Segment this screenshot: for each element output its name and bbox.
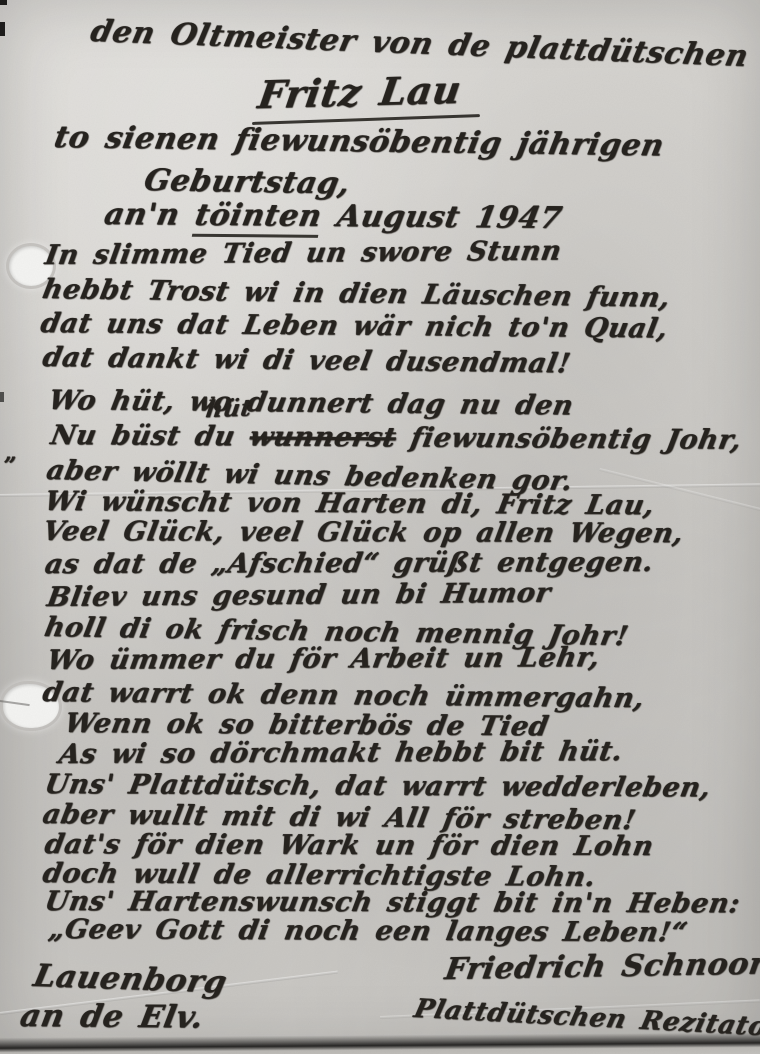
- occasion-line-1: to sienen fiewunsöbentig jährigen: [51, 120, 667, 163]
- edge-mark: [0, 22, 5, 36]
- date-line: an'n töinten August 1947: [102, 197, 565, 236]
- scanned-letter-page: den Oltmeister von de plattdütschen dich…: [0, 0, 760, 1054]
- date-day-word: töinten: [191, 198, 324, 238]
- recipient-name: Fritz Lau: [255, 67, 464, 117]
- poem-line: hebbt Trost wi in dien Läuschen funn,: [40, 274, 673, 314]
- poem-line: Wo hüt, wo dunnert dag nu den: [46, 385, 576, 421]
- struck-word: wunnerst: [247, 421, 399, 453]
- poem-line: as dat de „Afschied“ grüßt entgegen.: [43, 547, 656, 580]
- edge-mark: [0, 0, 7, 5]
- poem-line: In slimme Tied un swore Stunn: [43, 235, 564, 271]
- poem-line: dat uns dat Leben wär nich to'n Qual,: [38, 308, 670, 344]
- poem-line: As wi so dörchmakt hebbt bit hüt.: [57, 736, 626, 770]
- margin-mark: „: [4, 440, 17, 466]
- poem-line-corrected: Nu büst du wunnerst fiewunsöbentig Johr,: [48, 420, 744, 456]
- poem-line: Uns' Plattdütsch, dat warrt wedderleben,: [42, 769, 713, 803]
- edge-mark: [0, 392, 4, 402]
- closing-place-line-1: Lauenborg: [30, 958, 230, 1000]
- date-rest: August 1947: [318, 199, 565, 236]
- poem-line: dat's för dien Wark un för dien Lohn: [42, 829, 656, 862]
- poem-line: Veel Glück, veel Glück op allen Wegen,: [40, 516, 686, 549]
- inserted-word: hüt: [204, 394, 254, 423]
- poem-line: dat dankt wi di veel dusendmal!: [40, 342, 573, 379]
- corrected-rest: fiewunsöbentig Johr,: [393, 422, 744, 455]
- poem-line: Wo ümmer du för Arbeit un Lehr,: [45, 642, 603, 676]
- poem-line: „Geev Gott di noch een langes Leben!“: [46, 914, 690, 948]
- closing-place-line-2: an de Elv.: [17, 998, 206, 1036]
- corrected-prefix: Nu büst du: [48, 420, 252, 452]
- date-prefix: an'n: [102, 197, 199, 233]
- occasion-line-2: Geburtstag,: [141, 163, 353, 201]
- signature: Friedrich Schnoor: [442, 946, 760, 987]
- poem-line: Bliev uns gesund un bi Humor: [45, 578, 553, 613]
